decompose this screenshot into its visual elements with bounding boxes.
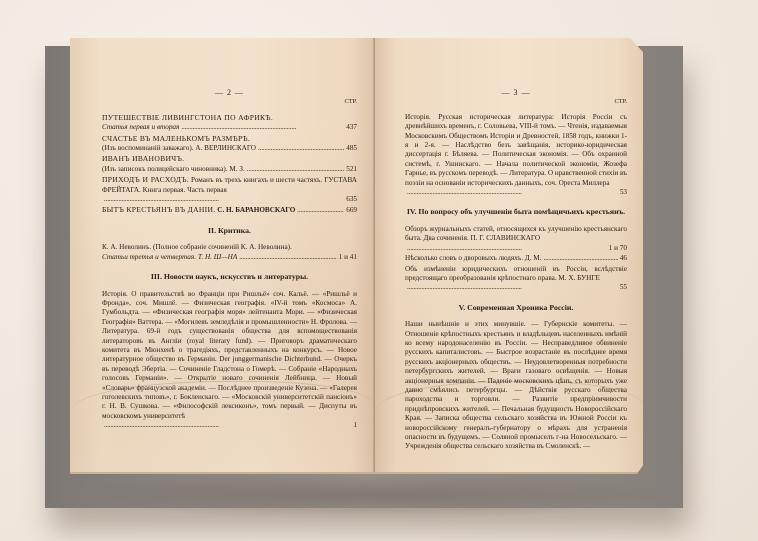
toc-entry: ИВАНЪ ИВАНОВИЧЪ. (Изъ записокъ полицейск… (102, 154, 357, 174)
toc-detail: Статья первая и вторая (102, 123, 179, 132)
section-heading: III. Новости наукъ, искусствъ и литерату… (102, 272, 357, 281)
section-heading: IV. По вопросу объ улучшеніи быта помѣщи… (405, 207, 627, 216)
toc-page: 521 (346, 165, 357, 174)
toc-page: 669 (346, 206, 357, 215)
toc-page: 437 (346, 123, 357, 132)
toc-text: Обзоръ журнальныхъ статей, относящихся к… (405, 225, 627, 242)
toc-page: 46 (620, 254, 627, 263)
toc-entry: Объ измѣненіи юридическихъ отношеній въ … (405, 265, 627, 293)
toc-text: Нѣсколько словъ о дворовыхъ людяхъ. Д. М… (405, 254, 542, 263)
toc-title: ИВАНЪ ИВАНОВИЧЪ. (102, 154, 184, 163)
critique-detail: Статьи третья и четвертая. Т. Н. Ш—НА (102, 253, 237, 262)
toc-page: 1 и 70 (609, 244, 627, 253)
history-paragraph: Исторія. Русская историческая литература… (405, 113, 627, 198)
critique-text: К. А. Неволинъ. (Полное собраніе сочинен… (102, 243, 292, 251)
toc-text: Объ измѣненіи юридическихъ отношеній въ … (405, 265, 627, 282)
news-page: 1 (353, 421, 357, 430)
toc-detail: С. Н. БАРАНОВСКАГО (217, 206, 295, 215)
toc-entry: СЧАСТЬЕ ВЪ МАЛЕНЬКОМЪ РАЗМѢРѢ. (Изъ восп… (102, 134, 357, 154)
right-page-content: — 3 — СТР. Исторія. Русская историческая… (405, 88, 627, 452)
toc-detail: (Изъ записокъ полицейскаго чиновника). М… (102, 165, 245, 174)
news-paragraph: Исторія. О правительствѣ во Франціи при … (102, 290, 357, 431)
page-column-label: СТР. (102, 97, 357, 106)
history-text: Исторія. Русская историческая литература… (405, 113, 627, 187)
toc-entry: БЫТЪ КРЕСТЬЯНЪ ВЪ ДАНІИ. С. Н. БАРАНОВСК… (102, 205, 357, 215)
left-page-content: — 2 — СТР. ПУТЕШЕСТВІЕ ЛИВИНГСТОНА ПО АФ… (102, 88, 357, 431)
page-number: — 2 — (102, 88, 357, 97)
history-page: 53 (620, 188, 627, 197)
toc-title: СЧАСТЬЕ ВЪ МАЛЕНЬКОМЪ РАЗМѢРѢ. (102, 134, 250, 143)
toc-title: БЫТЪ КРЕСТЬЯНЪ ВЪ ДАНІИ. (102, 205, 215, 214)
news-text: Исторія. О правительствѣ во Франціи при … (102, 290, 357, 420)
toc-page: 55 (620, 283, 627, 292)
chronicle-text: Наши нынѣшніе и этих минувшіе. — Губернс… (405, 320, 627, 450)
page-number: — 3 — (405, 88, 627, 97)
left-page: — 2 — СТР. ПУТЕШЕСТВІЕ ЛИВИНГСТОНА ПО АФ… (70, 38, 375, 474)
toc-title: ПУТЕШЕСТВІЕ ЛИВИНГСТОНА ПО АФРИКѢ. (102, 113, 273, 122)
toc-detail: (Изъ воспоминаній заважаго). А. ВЕРЛИНСК… (102, 144, 256, 153)
toc-entry: Обзоръ журнальныхъ статей, относящихся к… (405, 225, 627, 253)
section-heading: V. Современная Хроника Россіи. (405, 303, 627, 312)
toc-entry: ПУТЕШЕСТВІЕ ЛИВИНГСТОНА ПО АФРИКѢ. Стать… (102, 113, 357, 133)
section-heading: II. Критика. (102, 226, 357, 235)
toc-entry: ПРИХОДЪ И РАСХОДЪ. Романъ въ трехъ книга… (102, 175, 357, 204)
toc-entry: Нѣсколько словъ о дворовыхъ людяхъ. Д. М… (405, 254, 627, 263)
chronicle-paragraph: Наши нынѣшніе и этих минувшіе. — Губернс… (405, 320, 627, 452)
critique-entry: К. А. Неволинъ. (Полное собраніе сочинен… (102, 243, 357, 262)
toc-page: 635 (346, 195, 357, 204)
toc-title: ПРИХОДЪ И РАСХОДЪ. (102, 175, 189, 184)
critique-page: 1 и 41 (339, 253, 357, 262)
page-column-label: СТР. (405, 97, 627, 106)
book-shadow (70, 470, 670, 520)
right-page: — 3 — СТР. Исторія. Русская историческая… (375, 38, 643, 474)
toc-page: 485 (346, 144, 357, 153)
